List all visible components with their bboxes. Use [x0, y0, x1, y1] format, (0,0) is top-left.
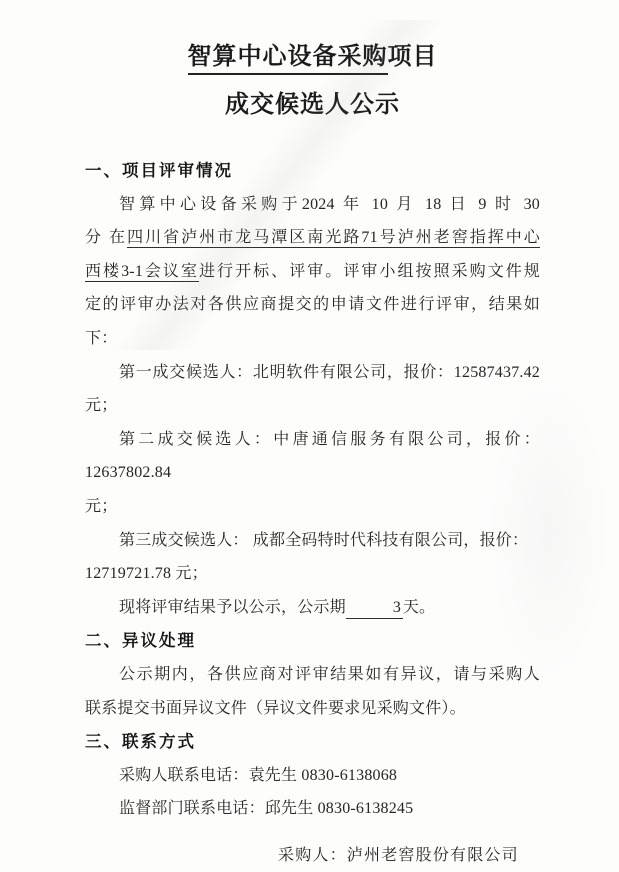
candidate1-line2: 元；: [85, 389, 540, 423]
document-title-line2: 成交候选人公示: [85, 88, 540, 122]
candidate1-line1: 第一成交候选人：北明软件有限公司，报价：12587437.42: [85, 356, 540, 390]
supervisor-contact-line: 监督部门联系电话：邱先生 0830-6138245: [85, 792, 540, 826]
purchaser-contact-line: 采购人联系电话：袁先生 0830-6138068: [85, 759, 540, 793]
para1-line2-underlined-address: 四川省泸州市龙马潭区南光路71号泸州老窖指挥中心: [127, 229, 540, 248]
para1-line3: 西楼3-1会议室进行开标、评审。评审小组按照采购文件规: [85, 255, 540, 289]
candidate3-line1: 第三成交候选人： 成都全码特时代科技有限公司，报价：: [85, 524, 540, 558]
section2-para-line1: 公示期内，各供应商对评审结果如有异议，请与采购人: [85, 658, 540, 692]
para1-line5: 下：: [85, 322, 540, 356]
candidate2-line2: 元；: [85, 490, 540, 524]
publicity-text-post: 天。: [403, 599, 435, 616]
para1-line2: 分 在四川省泸州市龙马潭区南光路71号泸州老窖指挥中心: [85, 221, 540, 255]
publicity-period-line: 现将评审结果予以公示，公示期3天。: [85, 591, 540, 625]
publicity-text-pre: 现将评审结果予以公示，公示期: [119, 599, 346, 616]
title-tail-text: 项目: [388, 44, 438, 70]
para1-line3-underlined-address: 西楼3-1会议室: [85, 263, 199, 282]
section2-heading: 二、异议处理: [85, 624, 540, 658]
para1-line4: 定的评审办法对各供应商提交的申请文件进行评审，结果如: [85, 288, 540, 322]
document-title-line1: 智算中心设备采购项目: [85, 40, 540, 74]
section2-para-line2: 联系提交书面异议文件（异议文件要求见采购文件）。: [85, 692, 540, 726]
title-underlined-text: 智算中心设备采购: [188, 44, 388, 75]
document-page: 智算中心设备采购项目 成交候选人公示 一、项目评审情况 智算中心设备采购于202…: [0, 0, 619, 861]
para1-line3-plain: 进行开标、评审。评审小组按照采购文件规: [199, 263, 540, 280]
candidate3-line2: 12719721.78 元；: [85, 557, 540, 591]
publicity-days-value: 3: [346, 597, 403, 619]
para1-line2-plain: 分 在: [85, 229, 127, 246]
section3-heading: 三、联系方式: [85, 725, 540, 759]
purchaser-signature-line: 采购人：泸州老窖股份有限公司: [85, 839, 540, 861]
section1-heading: 一、项目评审情况: [85, 154, 540, 188]
para1-line1: 智算中心设备采购于2024 年 10 月 18 日 9 时 30: [85, 188, 540, 222]
candidate2-line1: 第二成交候选人：中唐通信服务有限公司，报价：12637802.84: [85, 423, 540, 490]
